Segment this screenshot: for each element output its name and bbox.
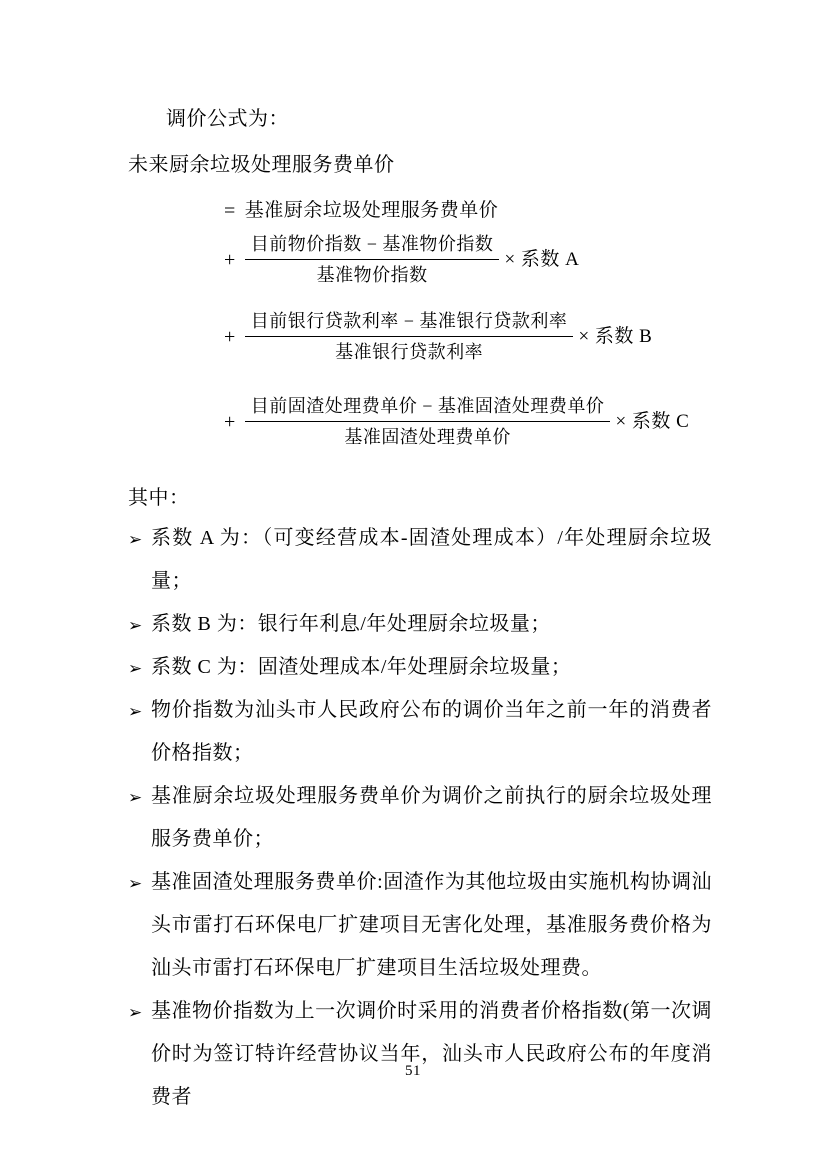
definition-text: 基准厨余垃圾处理服务费单价为调价之前执行的厨余垃圾处理服务费单价； [151, 785, 712, 850]
arrow-bullet-icon: ➢ [128, 690, 142, 733]
formula-base-text: 基准厨余垃圾处理服务费单价 [245, 198, 499, 224]
fraction-bar [245, 259, 500, 260]
arrow-bullet-icon: ➢ [128, 862, 142, 905]
fraction-bar [245, 421, 611, 422]
arrow-bullet-icon: ➢ [128, 647, 142, 690]
document-page: 调价公式为： 未来厨余垃圾处理服务费单价 = 基准厨余垃圾处理服务费单价 + 目… [0, 0, 826, 1169]
definition-item-price-index: ➢ 物价指数为汕头市人民政府公布的调价当年之前一年的消费者价格指数； [128, 689, 712, 775]
arrow-bullet-icon: ➢ [128, 776, 142, 819]
formula-heading: 调价公式为： [128, 106, 712, 132]
definition-text: 系数 A 为：（可变经营成本-固渣处理成本）/年处理厨余垃圾量； [151, 527, 712, 592]
coefficient-c-multiplier: × 系数 C [615, 409, 689, 435]
plus-operator: + [224, 324, 236, 350]
fraction-b-denominator: 基准银行贷款利率 [329, 339, 489, 364]
definition-text: 基准物价指数为上一次调价时采用的消费者价格指数(第一次调价时为签订特许经营协议当… [151, 1000, 712, 1108]
fraction-a: 目前物价指数 − 基准物价指数 基准物价指数 [245, 232, 500, 287]
arrow-bullet-icon: ➢ [128, 991, 142, 1034]
definitions-label: 其中： [128, 485, 712, 511]
coefficient-a-multiplier: × 系数 A [504, 247, 579, 273]
definition-item-coefficient-a: ➢ 系数 A 为：（可变经营成本-固渣处理成本）/年处理厨余垃圾量； [128, 517, 712, 603]
arrow-bullet-icon: ➢ [128, 518, 142, 561]
fraction-c-denominator: 基准固渣处理费单价 [338, 424, 517, 449]
fraction-c-numerator: 目前固渣处理费单价 − 基准固渣处理费单价 [245, 394, 611, 419]
fraction-bar [245, 336, 574, 337]
formula-term-c: + 目前固渣处理费单价 − 基准固渣处理费单价 基准固渣处理费单价 × 系数 C [224, 394, 712, 449]
coefficient-b-multiplier: × 系数 B [578, 324, 652, 350]
definition-item-coefficient-b: ➢ 系数 B 为：银行年利息/年处理厨余垃圾量； [128, 603, 712, 646]
fraction-a-denominator: 基准物价指数 [311, 262, 434, 287]
definitions-list: ➢ 系数 A 为：（可变经营成本-固渣处理成本）/年处理厨余垃圾量； ➢ 系数 … [128, 517, 712, 1119]
definition-item-coefficient-c: ➢ 系数 C 为：固渣处理成本/年处理厨余垃圾量； [128, 646, 712, 689]
formula-term-a: + 目前物价指数 − 基准物价指数 基准物价指数 × 系数 A [224, 232, 712, 287]
definition-item-base-price-index: ➢ 基准物价指数为上一次调价时采用的消费者价格指数(第一次调价时为签订特许经营协… [128, 990, 712, 1119]
definition-item-base-residue-fee: ➢ 基准固渣处理服务费单价:固渣作为其他垃圾由实施机构协调汕头市雷打石环保电厂扩… [128, 861, 712, 990]
definition-text: 物价指数为汕头市人民政府公布的调价当年之前一年的消费者价格指数； [151, 699, 712, 764]
formula-term-b: + 目前银行贷款利率 − 基准银行贷款利率 基准银行贷款利率 × 系数 B [224, 309, 712, 364]
arrow-bullet-icon: ➢ [128, 604, 142, 647]
page-number: 51 [0, 1063, 826, 1080]
plus-operator: + [224, 247, 236, 273]
definition-item-base-kitchen-waste-fee: ➢ 基准厨余垃圾处理服务费单价为调价之前执行的厨余垃圾处理服务费单价； [128, 775, 712, 861]
definition-text: 系数 B 为：银行年利息/年处理厨余垃圾量； [151, 613, 551, 635]
definition-text: 基准固渣处理服务费单价:固渣作为其他垃圾由实施机构协调汕头市雷打石环保电厂扩建项… [151, 871, 712, 979]
equals-operator: = [224, 198, 236, 224]
price-adjustment-formula: = 基准厨余垃圾处理服务费单价 + 目前物价指数 − 基准物价指数 基准物价指数… [224, 198, 712, 449]
fraction-a-numerator: 目前物价指数 − 基准物价指数 [245, 232, 500, 257]
fraction-c: 目前固渣处理费单价 − 基准固渣处理费单价 基准固渣处理费单价 [245, 394, 611, 449]
definition-text: 系数 C 为：固渣处理成本/年处理厨余垃圾量； [151, 656, 571, 678]
formula-subject: 未来厨余垃圾处理服务费单价 [128, 152, 712, 178]
fraction-b: 目前银行贷款利率 − 基准银行贷款利率 基准银行贷款利率 [245, 309, 574, 364]
page-content: 调价公式为： 未来厨余垃圾处理服务费单价 = 基准厨余垃圾处理服务费单价 + 目… [128, 106, 712, 1119]
fraction-b-numerator: 目前银行贷款利率 − 基准银行贷款利率 [245, 309, 574, 334]
formula-base-line: = 基准厨余垃圾处理服务费单价 [224, 198, 712, 224]
plus-operator: + [224, 409, 236, 435]
